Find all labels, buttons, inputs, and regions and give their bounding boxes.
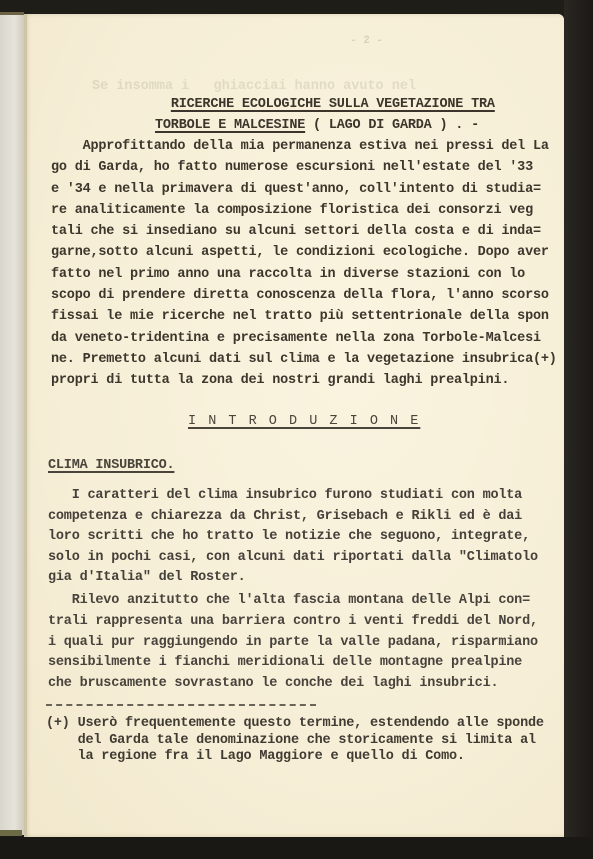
title-line-1: RICERCHE ECOLOGICHE SULLA VEGETAZIONE TR…: [171, 97, 495, 112]
text-line: Approfittando della mia permanenza estiv…: [51, 136, 557, 157]
text-line: garne,sotto alcuni aspetti, le condizion…: [51, 242, 557, 263]
subsection-heading-clima-insubrico: CLIMA INSUBRICO.: [48, 456, 174, 475]
footnote-line: la regione fra il Lago Maggiore e quello…: [46, 749, 544, 766]
scan-background-right: [564, 0, 593, 859]
title-line-2-underlined: TORBOLE E MALCESINE: [155, 118, 305, 133]
clima-paragraph-2: Rilevo anzitutto che l'alta fascia monta…: [48, 591, 538, 695]
text-line: sensibilmente i fianchi meridionali dell…: [48, 653, 538, 674]
text-line: trali rappresenta una barriera contro i …: [48, 612, 538, 633]
text-line: fissai le mie ricerche nel tratto più se…: [51, 306, 557, 327]
text-line: competenza e chiarezza da Christ, Griseb…: [48, 507, 538, 528]
text-line: re analiticamente la composizione floris…: [51, 200, 557, 221]
text-line: fatto nel primo anno una raccolta in div…: [51, 264, 557, 285]
page-gutter: [24, 14, 27, 837]
footnote-line: (+) Userò frequentemente questo termine,…: [46, 716, 544, 733]
text-line: tali che si insediano su alcuni settori …: [51, 221, 557, 242]
scan-background-top: [0, 0, 593, 14]
section-heading-introduzione: I N T R O D U Z I O N E: [188, 412, 420, 431]
title-line-2-rest: ( LAGO DI GARDA ) . -: [305, 118, 479, 133]
text-line: gia d'Italia" del Roster.: [48, 568, 538, 589]
text-line: go di Garda, ho fatto numerose escursion…: [51, 157, 557, 178]
binding-left-page: [0, 12, 24, 835]
footnote: (+) Userò frequentemente questo termine,…: [46, 716, 544, 766]
footnote-separator: [46, 704, 316, 706]
intro-paragraph: Approfittando della mia permanenza estiv…: [51, 136, 557, 392]
text-line: i quali pur raggiungendo in parte la val…: [48, 633, 538, 654]
document-title: RICERCHE ECOLOGICHE SULLA VEGETAZIONE TR…: [155, 73, 495, 136]
text-line: che bruscamente sovrastano le conche dei…: [48, 674, 538, 695]
text-line: da veneto-tridentina e precisamente nell…: [51, 328, 557, 349]
binding-left-edge: [0, 830, 22, 836]
text-line: scopo di prendere diretta conoscenza del…: [51, 285, 557, 306]
text-line: Rilevo anzitutto che l'alta fascia monta…: [48, 591, 538, 612]
text-line: loro scritti che ho tratto le notizie ch…: [48, 527, 538, 548]
scan-background-bottom: [0, 837, 593, 859]
text-line: ne. Premetto alcuni dati sul clima e la …: [51, 349, 557, 370]
clima-paragraph-1: I caratteri del clima insubrico furono s…: [48, 486, 538, 589]
footnote-line: del Garda tale denominazione che storica…: [46, 733, 544, 750]
text-line: solo in pochi casi, con alcuni dati ripo…: [48, 548, 538, 569]
text-line: I caratteri del clima insubrico furono s…: [48, 486, 538, 507]
text-line: e '34 e nella primavera di quest'anno, c…: [51, 179, 557, 200]
bleed-through-page-number: - 2 -: [350, 32, 383, 50]
text-line: propri di tutta la zona dei nostri grand…: [51, 370, 557, 391]
